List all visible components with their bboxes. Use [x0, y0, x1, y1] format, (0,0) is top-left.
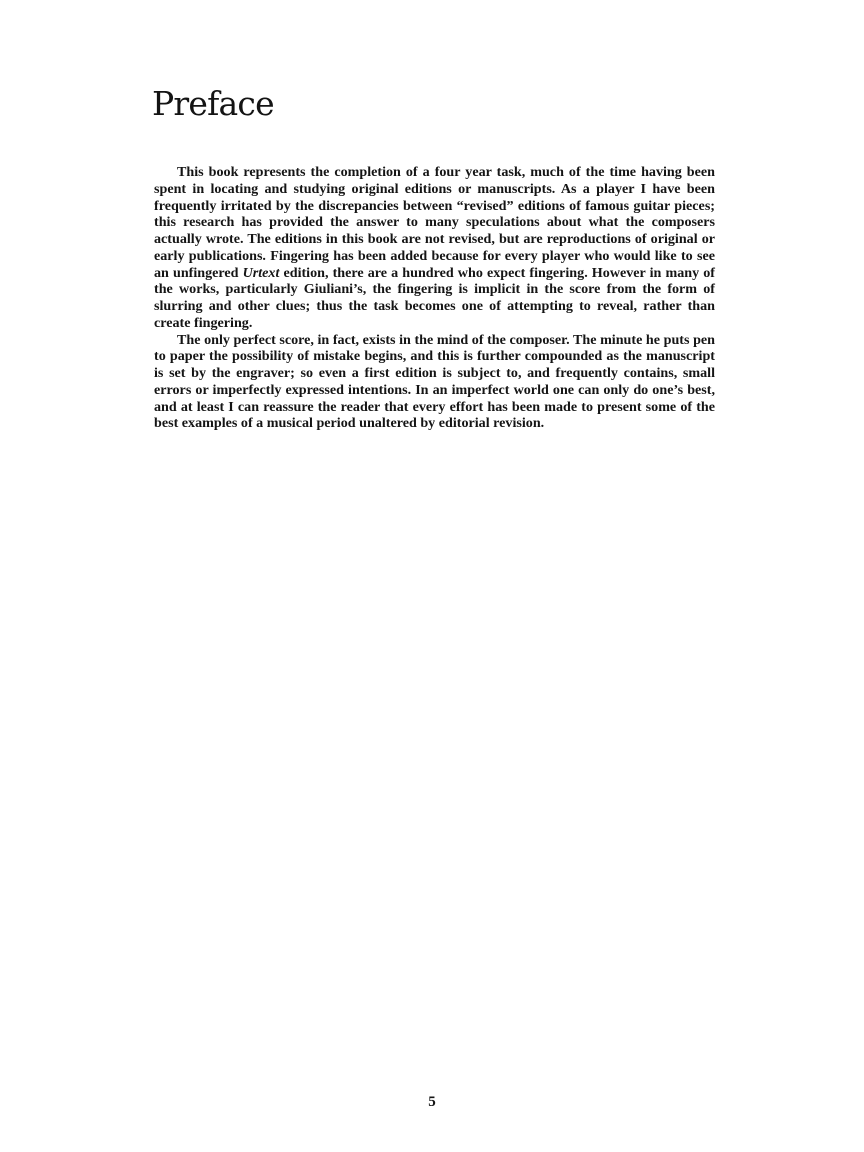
paragraph-1: This book represents the completion of a…: [154, 164, 715, 332]
urtext-italic: Urtext: [243, 265, 280, 281]
page-number: 5: [0, 1094, 864, 1111]
paragraph-2: The only perfect score, in fact, exists …: [154, 332, 715, 433]
paragraph-1-text-start: This book represents the completion of a…: [154, 164, 715, 281]
preface-body: This book represents the completion of a…: [154, 164, 715, 432]
page-title: Preface: [152, 82, 274, 126]
